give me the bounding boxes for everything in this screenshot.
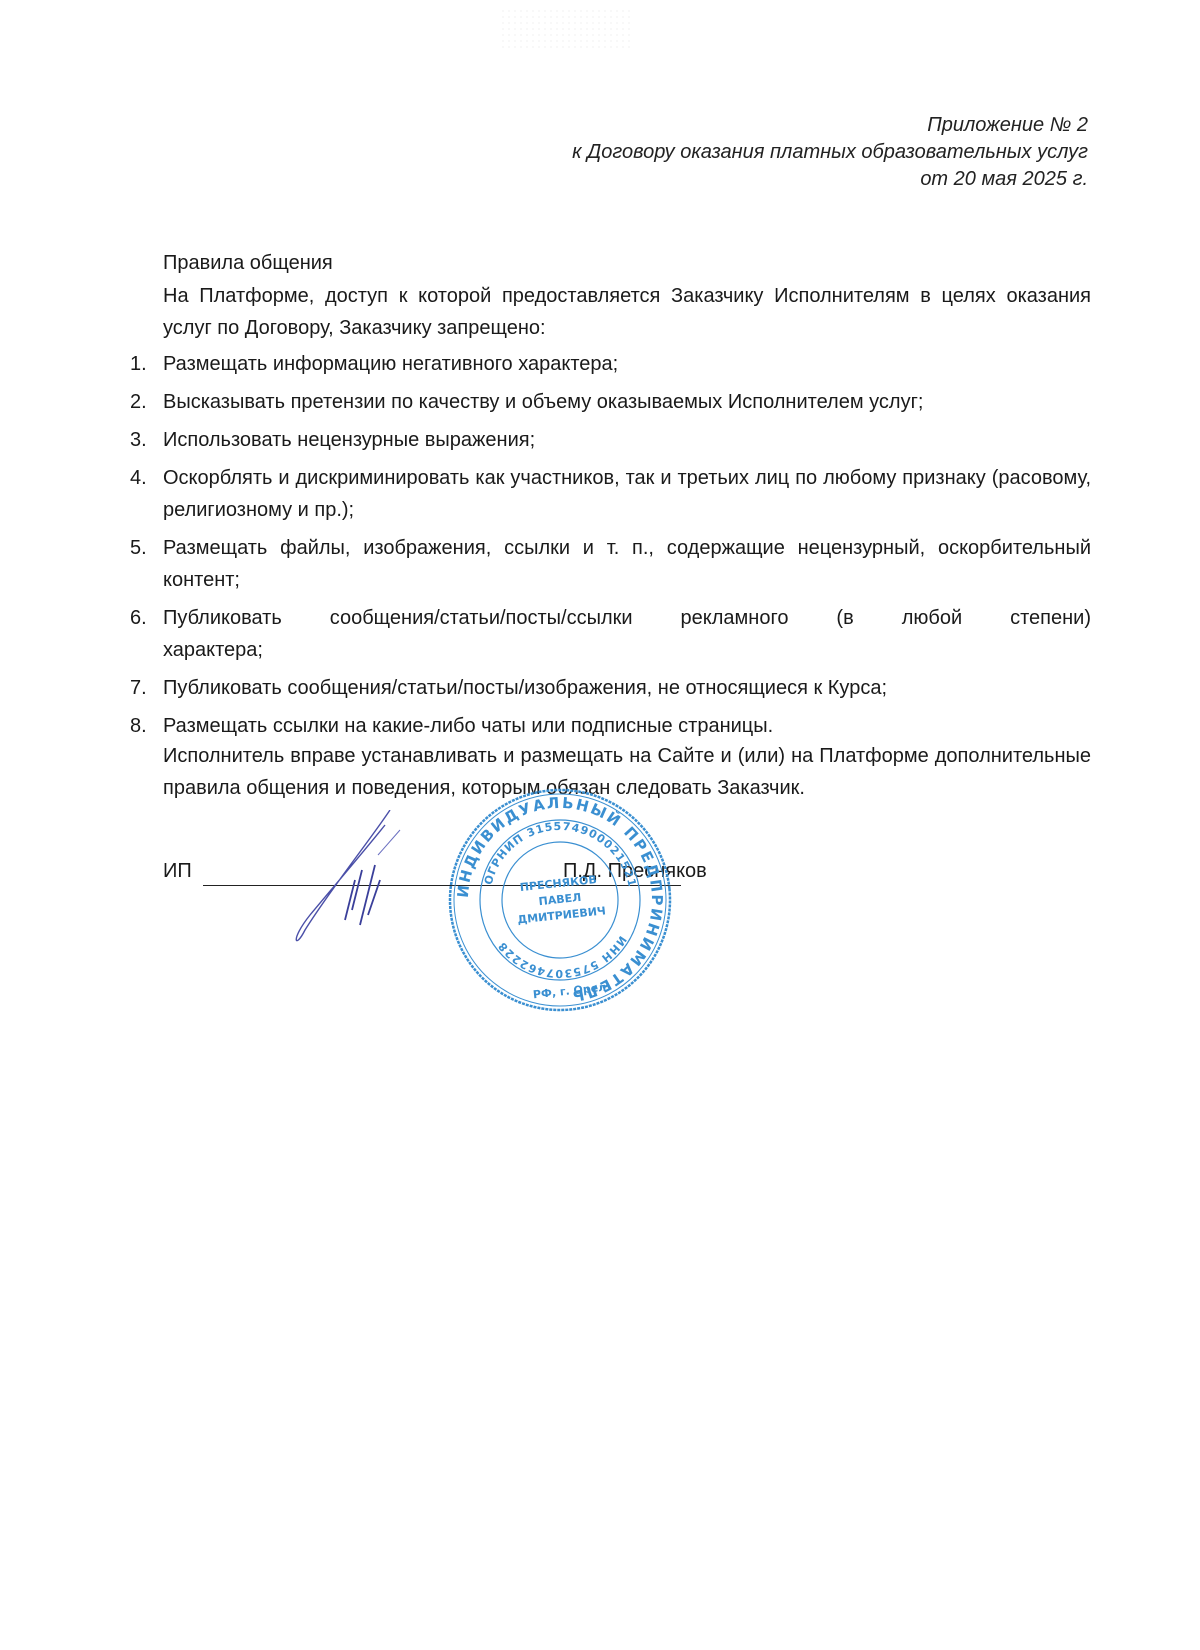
scan-artifact: [500, 8, 630, 48]
svg-text:ПАВЕЛ: ПАВЕЛ: [538, 891, 582, 908]
rule-item: 7.Публиковать сообщения/статьи/посты/изо…: [130, 672, 1091, 704]
document-page: Приложение № 2 к Договору оказания платн…: [0, 0, 1200, 1650]
rule-item: 8.Размещать ссылки на какие-либо чаты ил…: [130, 710, 1091, 742]
document-title: Правила общения: [163, 247, 1091, 279]
annex-date: от 20 мая 2025 г.: [572, 166, 1088, 193]
rules-list: 1.Размещать информацию негативного харак…: [130, 348, 1091, 748]
rule-item: 5.Размещать файлы, изображения, ссылки и…: [130, 532, 1091, 596]
annex-contract: к Договору оказания платных образователь…: [572, 139, 1088, 166]
rule-item: 2.Высказывать претензии по качеству и об…: [130, 386, 1091, 418]
rule-item: 6.Публиковать сообщения/статьи/посты/ссы…: [130, 602, 1091, 666]
svg-text:ПРЕСНЯКОВ: ПРЕСНЯКОВ: [519, 873, 597, 894]
intro-paragraph: На Платформе, доступ к которой предостав…: [163, 280, 1091, 344]
company-stamp-icon: ИНДИВИДУАЛЬНЫЙ ПРЕДПРИНИМАТЕЛЬ ОГРНИП 31…: [434, 774, 687, 1027]
signature-prefix: ИП: [163, 860, 192, 883]
handwritten-signature-icon: [290, 810, 430, 950]
rule-item: 4.Оскорблять и дискриминировать как учас…: [130, 462, 1091, 526]
rule-item: 1.Размещать информацию негативного харак…: [130, 348, 1091, 380]
svg-text:ДМИТРИЕВИЧ: ДМИТРИЕВИЧ: [517, 904, 607, 926]
rule-item: 3.Использовать нецензурные выражения;: [130, 424, 1091, 456]
annex-header: Приложение № 2 к Договору оказания платн…: [572, 112, 1088, 193]
annex-number: Приложение № 2: [572, 112, 1088, 139]
